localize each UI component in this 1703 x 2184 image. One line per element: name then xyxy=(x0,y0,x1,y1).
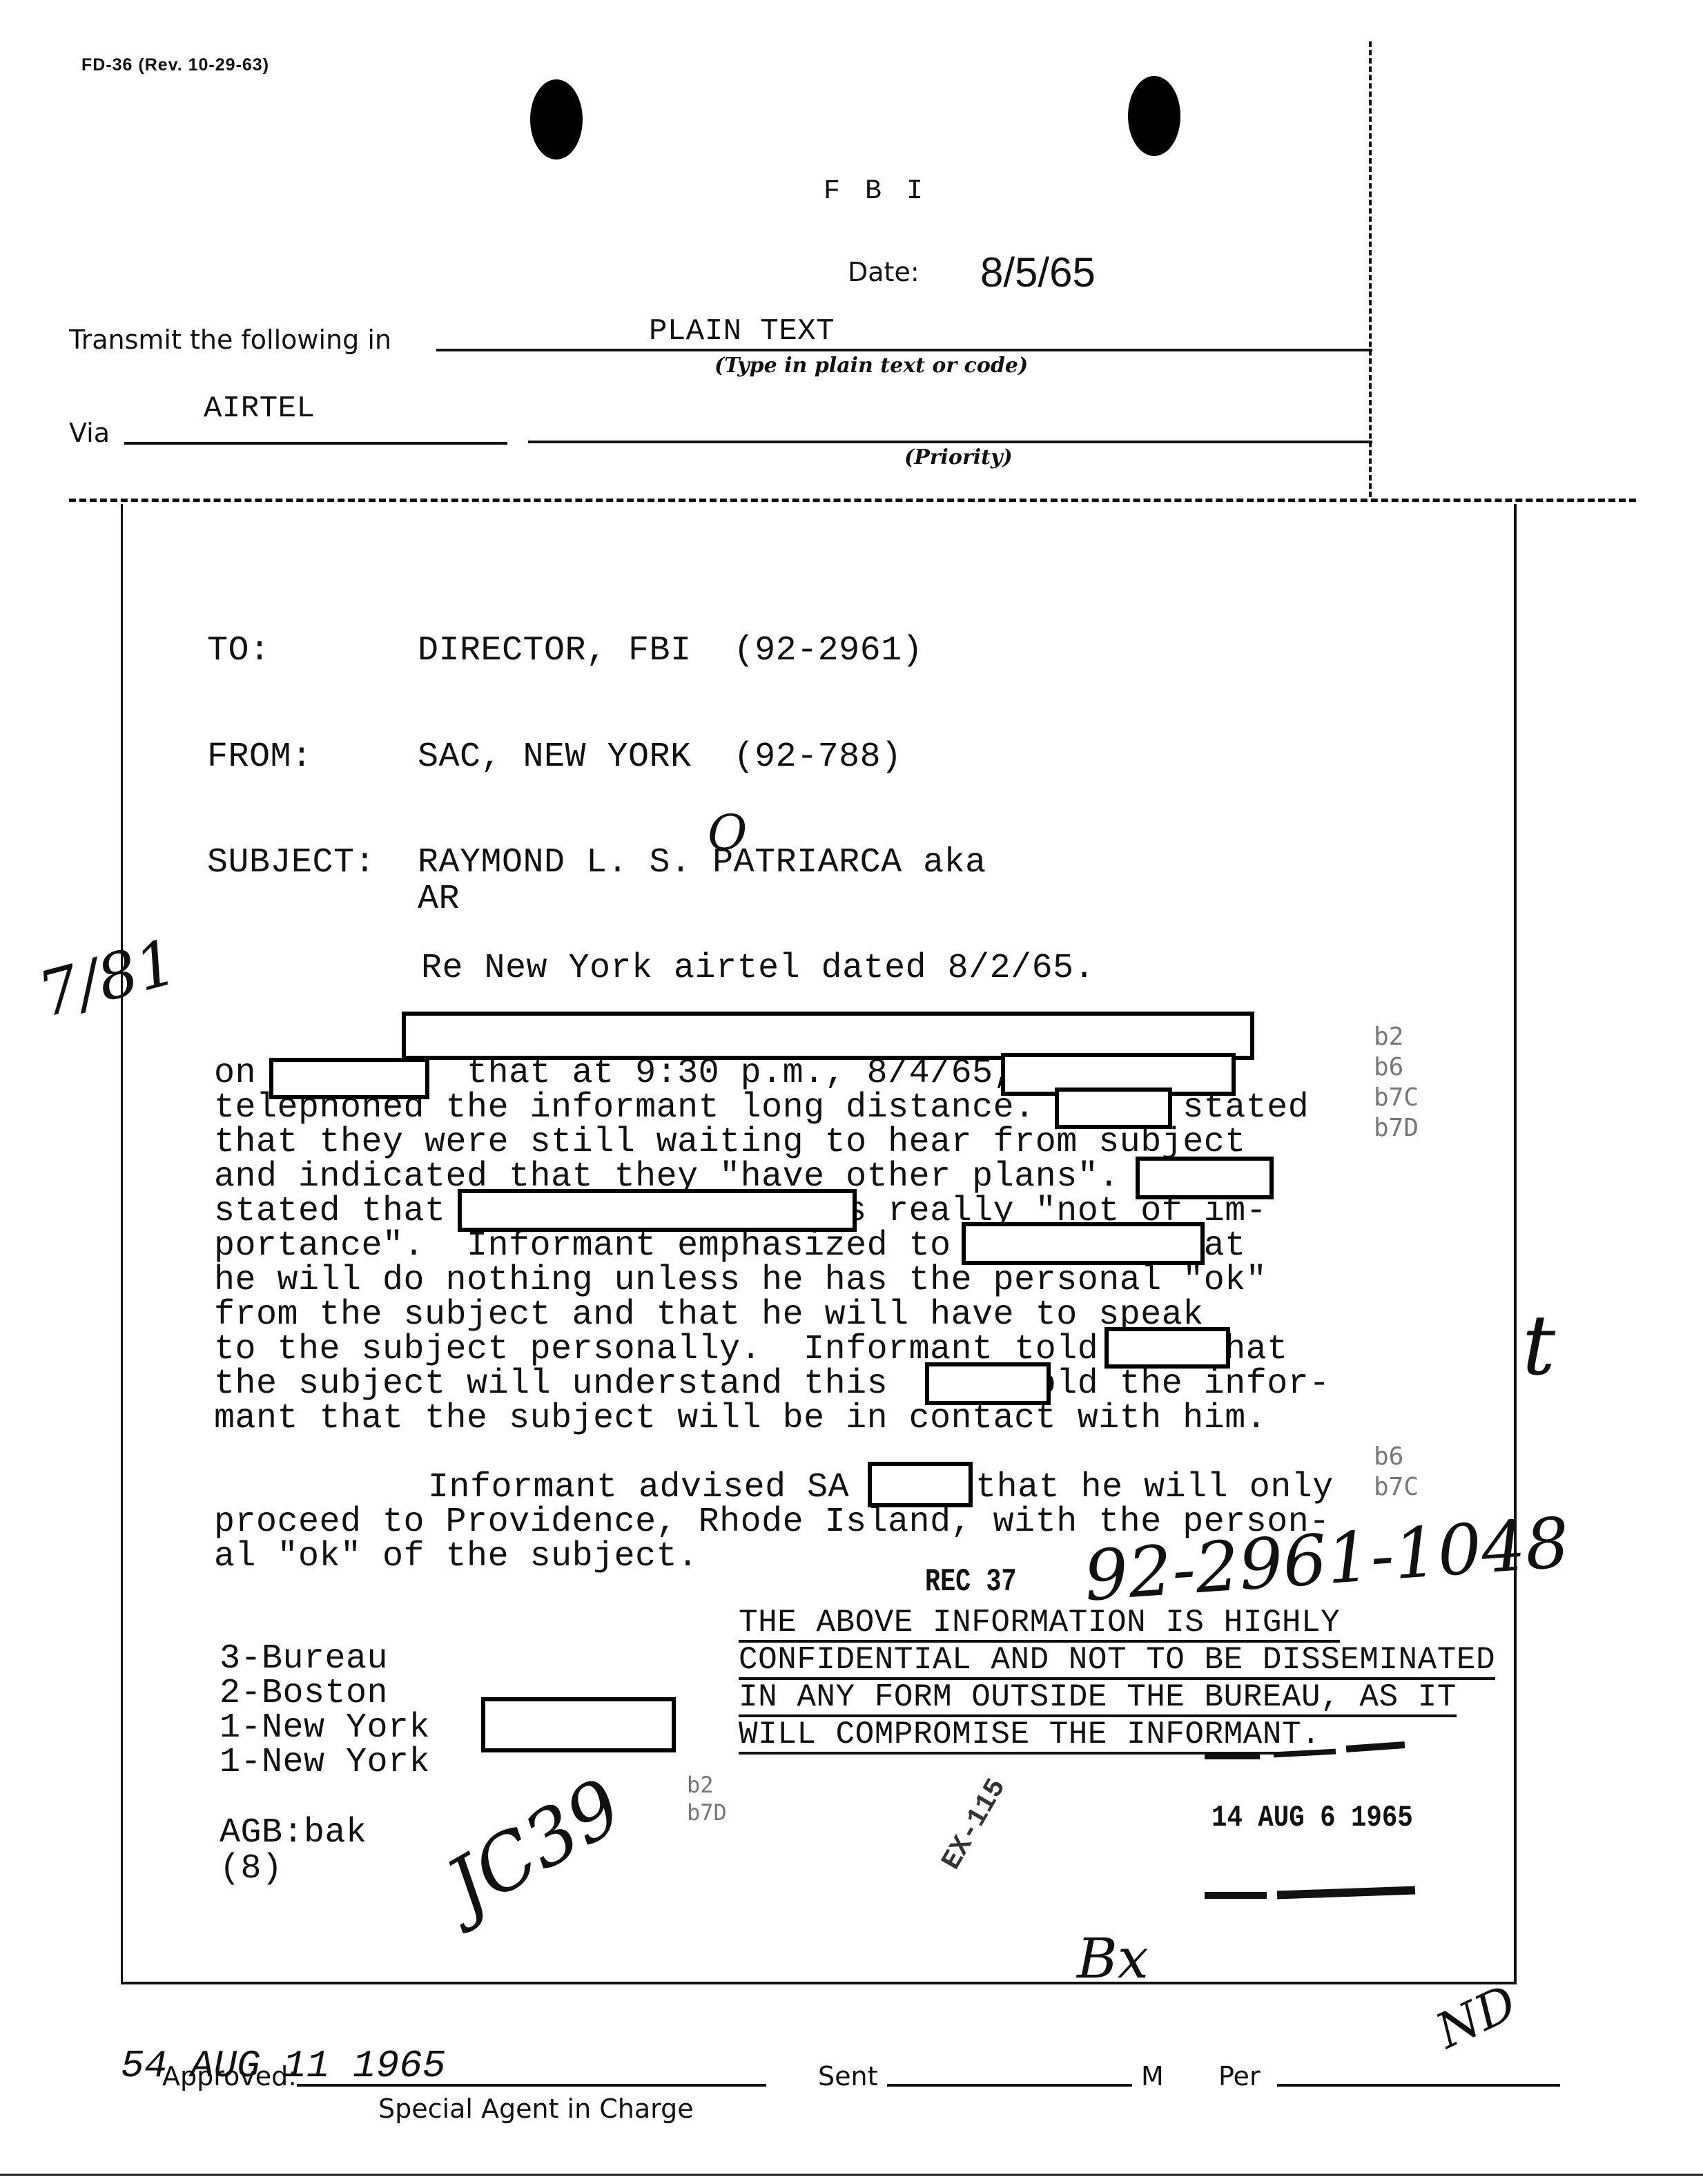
exemption-codes-1: b2 b6 b7C b7D xyxy=(1374,1022,1419,1143)
priority-line xyxy=(528,441,1372,443)
subject-line1: RAYMOND L. S. PATRIARCA aka xyxy=(418,846,986,880)
from-value: SAC, NEW YORK (92-788) xyxy=(418,740,902,775)
exemption-codes-2: b6 b7C xyxy=(1374,1442,1419,1502)
tear-line xyxy=(69,499,1636,502)
to-label: TO: xyxy=(207,634,271,668)
re-line: Re New York airtel dated 8/2/65. xyxy=(421,951,1095,986)
subject-line2: AR xyxy=(418,882,460,917)
rec-stamp: REC 37 xyxy=(925,1564,1017,1600)
transmit-hint: (Type in plain text or code) xyxy=(714,354,1028,378)
sent-label: Sent xyxy=(818,2061,877,2091)
punch-hole-right xyxy=(1128,76,1180,156)
transmit-label: Transmit the following in xyxy=(69,325,391,355)
body-line: that they were still waiting to hear fro… xyxy=(214,1125,1330,1160)
handwritten-mark: t xyxy=(1522,1298,1555,1394)
notice-line: WILL COMPROMISE THE INFORMANT. xyxy=(739,1717,1321,1755)
redaction-box xyxy=(925,1362,1051,1405)
redaction-box xyxy=(1136,1157,1274,1199)
date-stamp: 14 AUG 6 1965 xyxy=(1211,1801,1413,1835)
distribution-item: 1-New York xyxy=(220,1711,430,1746)
notice-strike xyxy=(1205,1754,1260,1759)
redaction-box xyxy=(1055,1088,1172,1129)
exemption-code: b7C xyxy=(1374,1472,1419,1502)
redaction-box xyxy=(1104,1327,1230,1369)
redaction-box xyxy=(481,1697,676,1752)
approved-line xyxy=(297,2084,766,2087)
distribution-item: 2-Boston xyxy=(220,1676,430,1711)
confidential-notice: THE ABOVE INFORMATION IS HIGHLY CONFIDEN… xyxy=(739,1605,1495,1755)
approved-label: Approved: xyxy=(162,2061,297,2091)
per-line xyxy=(1277,2084,1560,2087)
subject-label: SUBJECT: xyxy=(207,846,376,880)
typist-initials: AGB:bak xyxy=(220,1816,367,1850)
distribution-item: 1-New York xyxy=(220,1746,430,1780)
transmit-line xyxy=(436,349,1372,351)
exemption-code: b7C xyxy=(1374,1083,1419,1113)
via-label: Via xyxy=(69,418,110,448)
page-border-bottom xyxy=(0,2174,1703,2176)
form-number: FD-36 (Rev. 10-29-63) xyxy=(81,55,269,75)
punch-hole-left xyxy=(530,79,583,160)
priority-hint: (Priority) xyxy=(904,445,1013,470)
top-right-cut-line xyxy=(1369,41,1372,497)
distribution-list: 3-Bureau 2-Boston 1-New York 1-New York xyxy=(220,1642,430,1780)
redaction-box xyxy=(962,1222,1205,1265)
per-label: Per xyxy=(1218,2061,1261,2091)
exemption-code: b2 xyxy=(1374,1022,1419,1052)
m-label: M xyxy=(1141,2061,1164,2091)
copy-count: (8) xyxy=(220,1852,283,1886)
transmit-value: PLAIN TEXT xyxy=(649,314,835,349)
exemption-code: b7D xyxy=(1374,1113,1419,1143)
redaction-box xyxy=(458,1189,857,1232)
via-line xyxy=(124,442,507,445)
exemption-code: b2 xyxy=(687,1771,727,1799)
sent-line xyxy=(887,2084,1132,2087)
reviewer-initials: Bx xyxy=(1077,1926,1149,1991)
agency-title: F B I xyxy=(824,176,927,207)
notice-line: THE ABOVE INFORMATION IS HIGHLY xyxy=(739,1605,1340,1643)
exemption-code: b7D xyxy=(687,1799,727,1826)
from-label: FROM: xyxy=(207,740,313,775)
body-line: Informant advised SA that he will only xyxy=(214,1471,1334,1505)
sac-label: Special Agent in Charge xyxy=(378,2094,694,2124)
exemption-code: b6 xyxy=(1374,1442,1419,1472)
to-value: DIRECTOR, FBI (92-2961) xyxy=(418,634,923,668)
redaction-box xyxy=(868,1462,973,1507)
date-label: Date: xyxy=(848,257,919,287)
redaction-box xyxy=(269,1058,429,1099)
filed-initials: ND xyxy=(1428,1974,1525,2060)
stamp-bar xyxy=(1205,1892,1267,1899)
via-value: AIRTEL xyxy=(204,392,315,426)
notice-line: CONFIDENTIAL AND NOT TO BE DISSEMINATED xyxy=(739,1643,1495,1680)
body-line: mant that the subject will be in contact… xyxy=(214,1402,1330,1436)
exemption-code: b6 xyxy=(1374,1052,1419,1083)
distribution-item: 3-Bureau xyxy=(220,1642,430,1676)
date-value: 8/5/65 xyxy=(980,249,1096,296)
body-line: he will do nothing unless he has the per… xyxy=(214,1264,1330,1298)
notice-line: IN ANY FORM OUTSIDE THE BUREAU, AS IT xyxy=(739,1680,1457,1717)
exemption-codes-3: b2 b7D xyxy=(687,1771,727,1826)
body-line: the subject will understand this told th… xyxy=(214,1367,1330,1402)
